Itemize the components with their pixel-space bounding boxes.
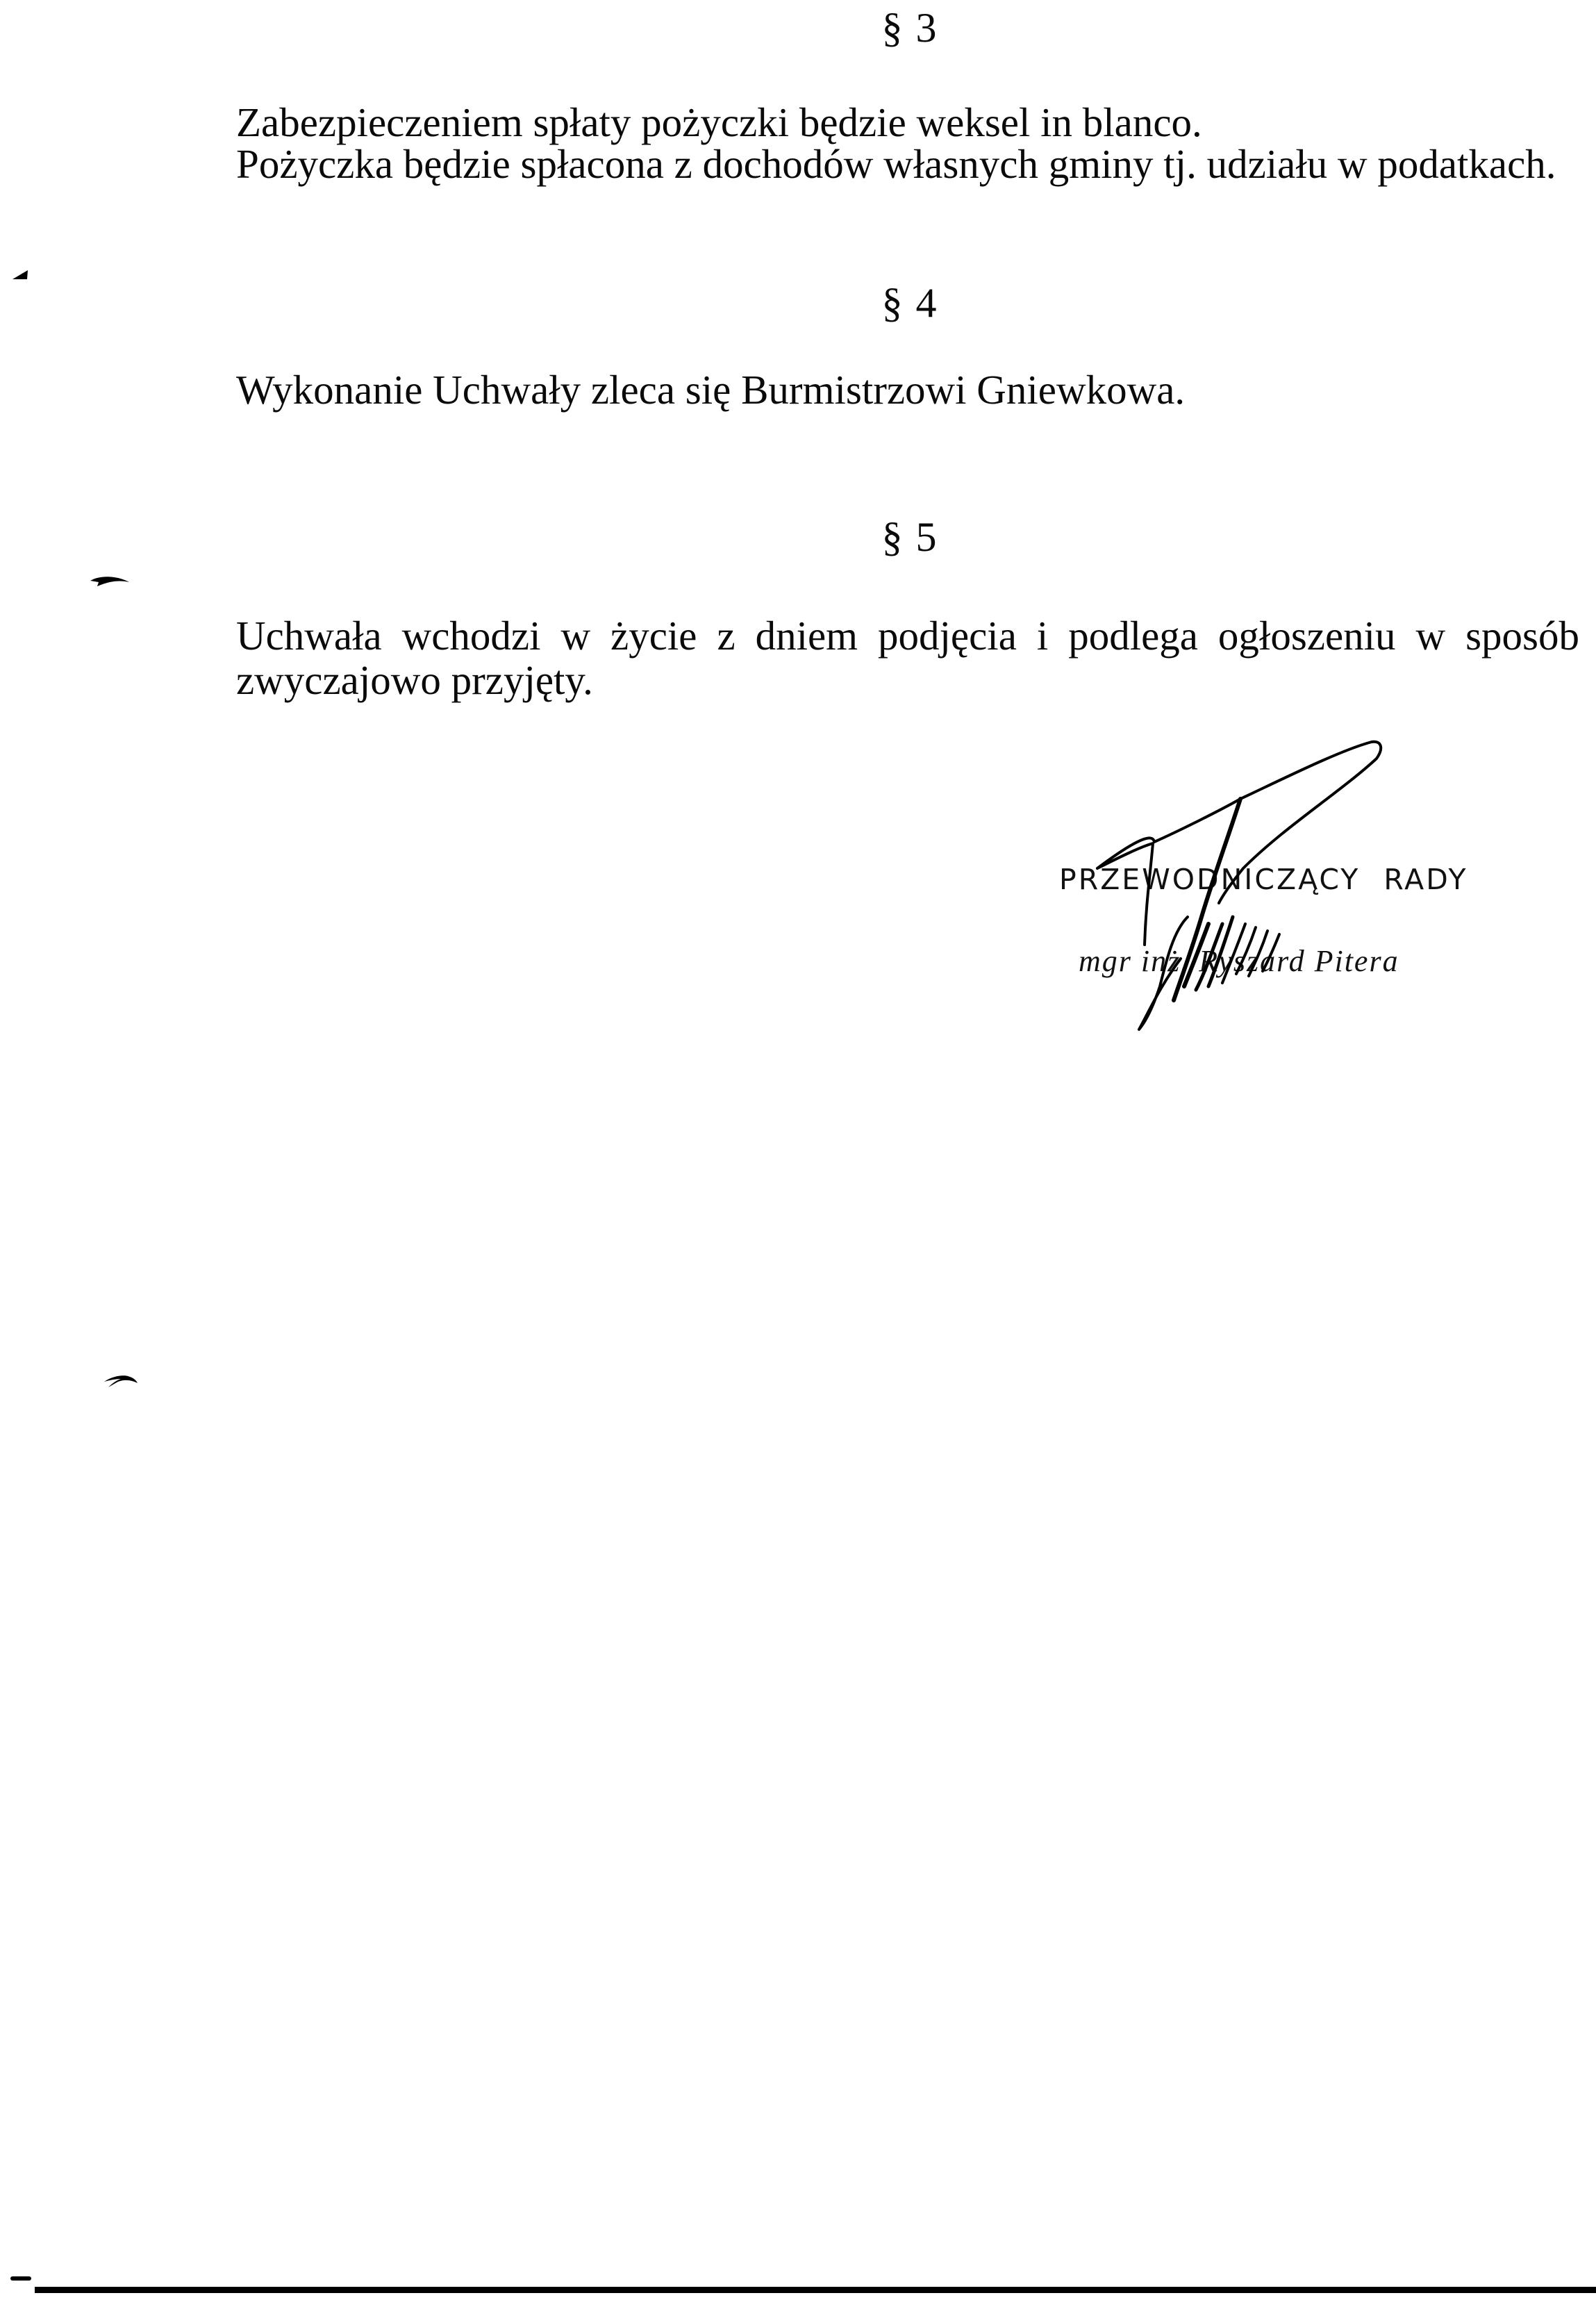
- signatory-title-word-1: PRZEWODNICZĄCY: [1059, 863, 1360, 896]
- margin-mark-1: [10, 267, 31, 281]
- section-5-line-1: Uchwała wchodzi w życie z dniem podjęcia…: [236, 613, 1579, 658]
- footer-dash: [10, 2276, 31, 2281]
- section-4-line-1: Wykonanie Uchwały zleca się Burmistrzowi…: [236, 368, 1185, 411]
- signatory-title-word-2: RADY: [1383, 863, 1468, 896]
- margin-mark-3: [101, 1372, 140, 1391]
- margin-mark-2: [89, 574, 132, 590]
- section-3-line-2: Pożyczka będzie spłacona z dochodów włas…: [236, 142, 1556, 185]
- section-3-heading: § 3: [0, 7, 1596, 49]
- handwritten-signature: [0, 0, 1596, 2300]
- section-5-line-2: zwyczajowo przyjęty.: [236, 658, 593, 702]
- section-5-heading: § 5: [0, 516, 1596, 558]
- footer-rule: [35, 2287, 1596, 2293]
- section-3-line-1: Zabezpieczeniem spłaty pożyczki będzie w…: [236, 101, 1202, 144]
- signatory-name: mgr inż. Ryszard Pitera: [1079, 946, 1399, 977]
- section-4-heading: § 4: [0, 282, 1596, 324]
- signatory-title: PRZEWODNICZĄCYRADY: [1059, 866, 1468, 894]
